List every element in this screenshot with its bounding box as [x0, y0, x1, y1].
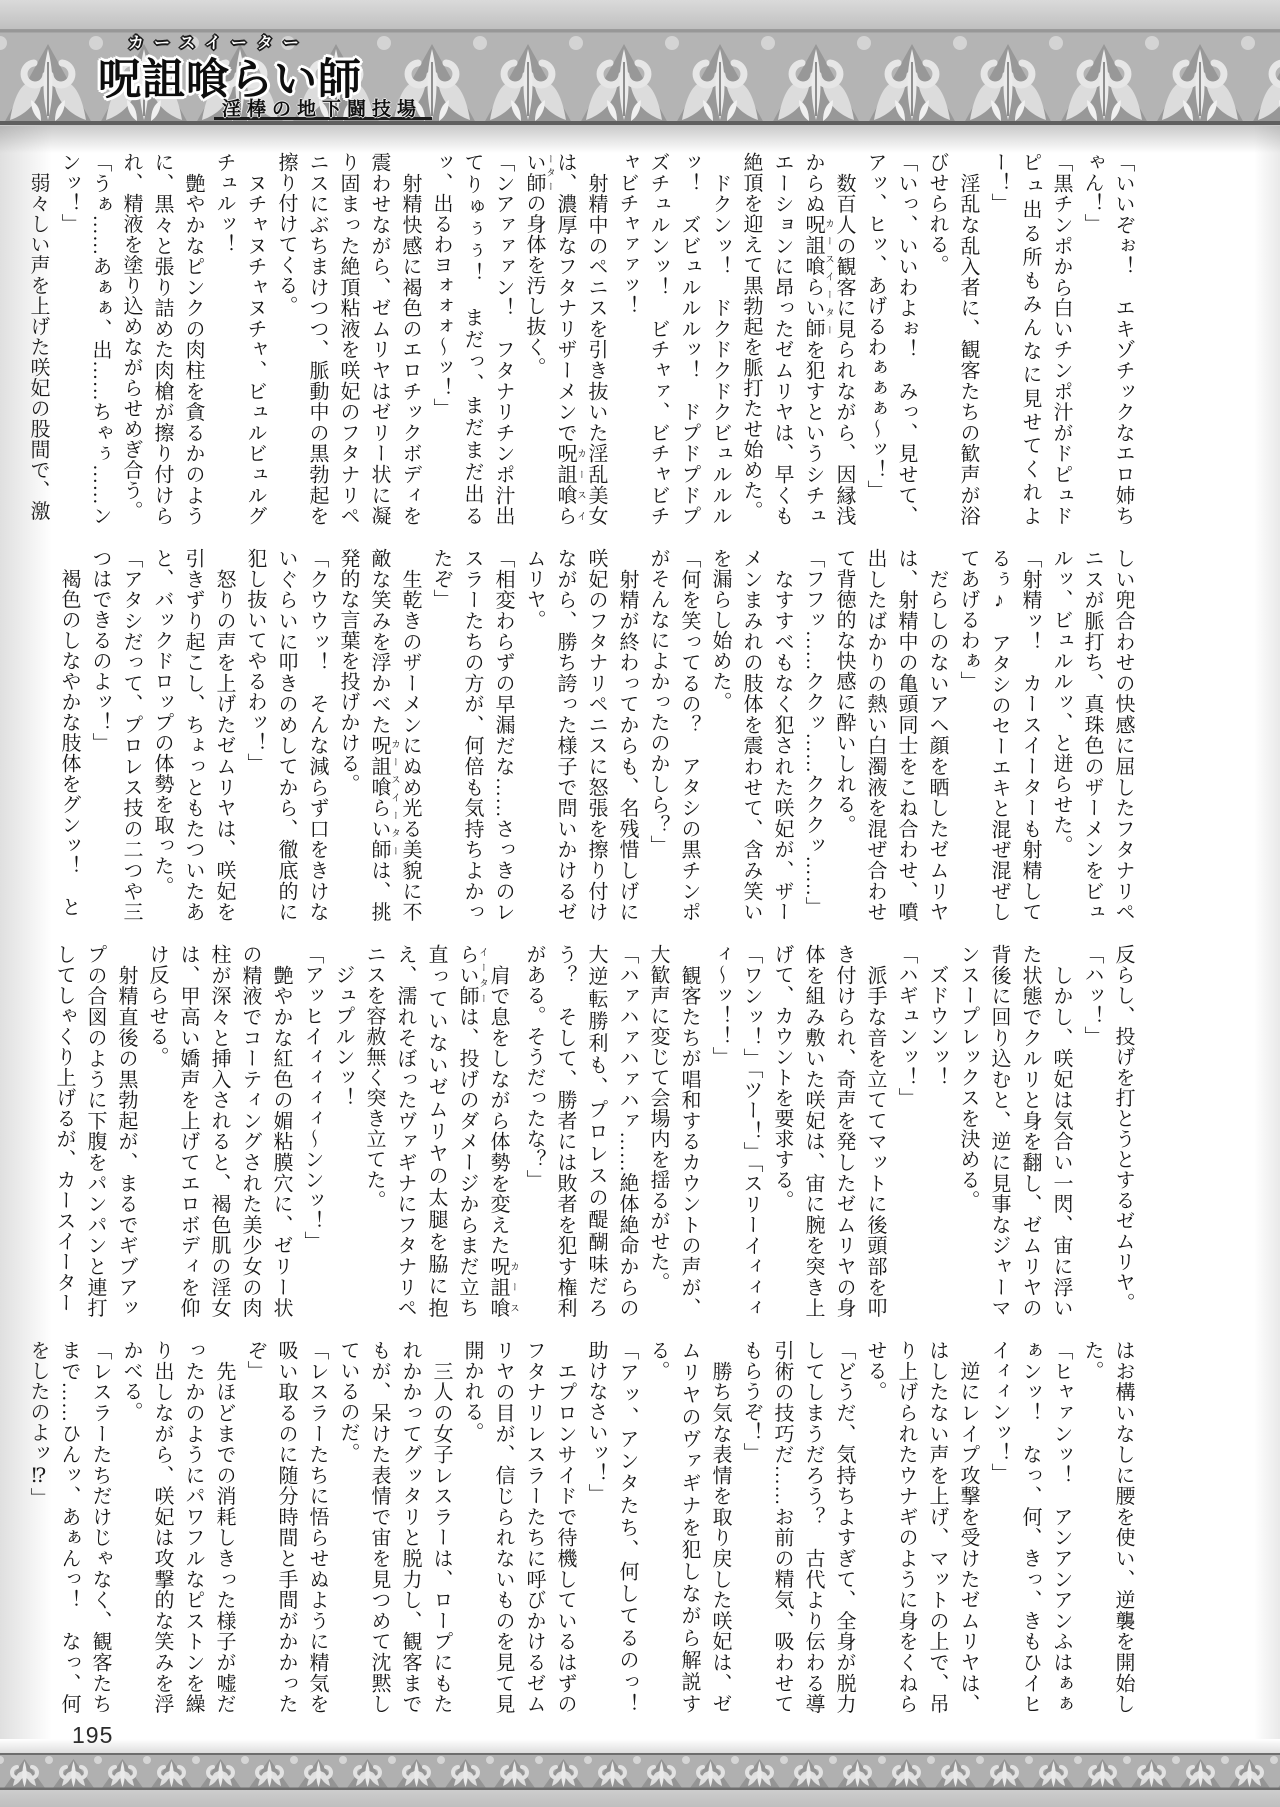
- paragraph: 「クウウッ！ そんな減らず口をきけないぐらいに叩きのめしてから、徹底的に犯し抜い…: [239, 548, 332, 922]
- paragraph: 「黒チンポから白いチンポ汁がドピュドピュ出る所もみんなに見せてくれよー！」: [983, 152, 1076, 526]
- paragraph: はお構いなしに腰を使い、逆襲を開始した。: [1076, 1340, 1138, 1714]
- paragraph: ズドウンッ！: [921, 944, 952, 1318]
- paragraph: ジュプルンッ！: [327, 944, 358, 1318]
- paragraph: 逆にレイプ攻撃を受けたゼムリヤは、はしたない声を上げ、マットの上で、吊り上げられ…: [859, 1340, 983, 1714]
- paragraph: 先ほどまでの消耗しきった様子が嘘だったかのようにパワフルなピストンを繰り出しなが…: [115, 1340, 239, 1714]
- top-border-shadow: [0, 125, 1280, 153]
- paragraph: 「いっ、いいわよぉ！ みっ、見せて、アッ、ヒッ、あげるわぁぁぁ〜ッ！」: [859, 152, 921, 526]
- paragraph: 派手な音を立ててマットに後頭部を叩き付けられ、奇声を発したゼムリヤの身体を組み敷…: [766, 944, 890, 1318]
- paragraph: 「ハッ！」: [1076, 944, 1107, 1318]
- paragraph: 「ヒャァンッ！ アンアンアンふはぁぁぁンッ！ なっ、何、きっ、きもひイヒイィィン…: [983, 1340, 1076, 1714]
- paragraph: 肩で息をしながら体勢を変えた呪詛喰らい師カースイーターは、投げのダメージからまだ…: [358, 944, 518, 1318]
- paragraph: 「ハァハァハァハァ……絶体絶命からの大逆転勝利も、プロレスの醍醐味だろう？ そし…: [518, 944, 642, 1318]
- paragraph: 射精中のペニスを引き抜いた淫乱美女は、濃厚なフタナリザーメンで呪詛喰らい師カース…: [518, 152, 611, 526]
- paragraph: 艶やかなピンクの肉柱を貪るかのように、黒々と張り詰めた肉槍が擦り付けられ、精液を…: [115, 152, 208, 526]
- top-edge-strip: [0, 0, 1280, 30]
- paragraph: ヌチャヌチャヌチャ、ビュルビュルグチュルッ！: [208, 152, 270, 526]
- paragraph: 三人の女子レスラーは、ロープにもたれかかってグッタリと脱力し、観客までもが、呆け…: [332, 1340, 456, 1714]
- paragraph: 「うぁ……あぁぁ、出……ちゃぅ……ンンッ！」: [53, 152, 115, 526]
- paragraph: なすすべもなく犯された咲妃が、ザーメンまみれの肢体を震わせて、含み笑いを漏らし始…: [704, 548, 797, 922]
- text-band-1: 「いいぞぉ！ エキゾチックなエロ姉ちゃん！」「黒チンポから白いチンポ汁がドピュド…: [53, 152, 1138, 526]
- paragraph: 「アッ、アンタたち、何してるのっ！ 助けなさいッ！」: [580, 1340, 642, 1714]
- paragraph: 淫乱な乱入者に、観客たちの歓声が浴びせられる。: [921, 152, 983, 526]
- paragraph: 観客たちが唱和するカウントの声が、大歓声に変じて会場内を揺るがせた。: [642, 944, 704, 1318]
- paragraph: 「アタシだって、プロレス技の二つや三つはできるのよッ！」: [84, 548, 146, 922]
- paragraph: 「ハギュンッ！」: [890, 944, 921, 1318]
- paragraph: 「ワンッ！」「ツー！」「スリーイィィィィ〜ッ！！」: [704, 944, 766, 1318]
- paragraph: 「フフッ……ククッ……クククッ……」: [797, 548, 828, 922]
- paragraph: 「どうだ、気持ちよすぎて、全身が脱力してしまうだろう？ 古代より伝わる導引術の技…: [735, 1340, 859, 1714]
- paragraph: だらしのないアヘ顔を晒したゼムリヤは、射精中の亀頭同士をこね合わせ、噴出したばか…: [828, 548, 952, 922]
- paragraph: 数百人の観客に見られながら、因縁浅からぬ呪詛喰らい師カースイーターを犯すというシ…: [735, 152, 859, 526]
- bottom-edge-strip: [0, 1790, 1280, 1807]
- paragraph: 「いいぞぉ！ エキゾチックなエロ姉ちゃん！」: [1076, 152, 1138, 526]
- text-band-3: 反らし、投げを打とうとするゼムリヤ。「ハッ！」 しかし、咲妃は気合い一閃、宙に浮…: [53, 944, 1138, 1318]
- right-edge-shading: [1254, 126, 1280, 1739]
- paragraph: 「アッヒイィィィィ〜ンンッ！」: [296, 944, 327, 1318]
- paragraph: 「相変わらずの早漏だな……さっきのレスラーたちの方が、何倍も気持ちよかったぞ」: [425, 548, 518, 922]
- paragraph: しかし、咲妃は気合い一閃、宙に浮いた状態でクルリと身を翻し、ゼムリヤの背後に回り…: [952, 944, 1076, 1318]
- left-edge-shading: [0, 126, 52, 1739]
- paragraph: 勝ち気な表情を取り戻した咲妃は、ゼムリヤのヴァギナを犯しながら解説する。: [642, 1340, 735, 1714]
- bottom-border-shadow: [0, 1739, 1280, 1753]
- paragraph: 艶やかな紅色の媚粘膜穴に、ゼリー状の精液でコーティングされた美少女の肉柱が深々と…: [141, 944, 296, 1318]
- paragraph: エプロンサイドで待機しているはずのフタナリレスラーたちに呼びかけるゼムリヤの目が…: [456, 1340, 580, 1714]
- text-band-4: はお構いなしに腰を使い、逆襲を開始した。「ヒャァンッ！ アンアンアンふはぁぁぁン…: [53, 1340, 1138, 1714]
- magazine-page: { "header": { "title_furigana": "カースイーター…: [0, 0, 1280, 1807]
- paragraph: 射精快感に褐色のエロチックボディを震わせながら、ゼムリヤはゼリー状に凝り固まった…: [270, 152, 425, 526]
- paragraph: 射精が終わってからも、名残惜しげに咲妃のフタナリペニスに怒張を擦り付けながら、勝…: [518, 548, 642, 922]
- paragraph: 「何を笑ってるの？ アタシの黒チンポがそんなによかったのかしら？」: [642, 548, 704, 922]
- paragraph: 「射精ッ！ カースイーターも射精してるぅ♪ アタシのセーエキと混ぜ混ぜしてあげる…: [952, 548, 1045, 922]
- title-subtitle: 淫棒の地下闘技場: [222, 94, 422, 121]
- paragraph: 反らし、投げを打とうとするゼムリヤ。: [1107, 944, 1138, 1318]
- paragraph: 怒りの声を上げたゼムリヤは、咲妃を引きずり起こし、ちょっともたついたあと、バック…: [146, 548, 239, 922]
- bottom-ornament-border: [0, 1753, 1280, 1790]
- paragraph: 「レスラーたちに悟らせぬように精気を吸い取るのに随分時間と手間がかかったぞ」: [239, 1340, 332, 1714]
- paragraph: 「ンアァァァン！ フタナリチンポ汁出てりゅぅぅ！ まだっ、まだまだ出るッ、出るわ…: [425, 152, 518, 526]
- paragraph: 射精直後の黒勃起が、まるでギブアップの合図のように下腹をパンパンと連打してしゃく…: [48, 944, 141, 1318]
- paragraph: 生乾きのザーメンにぬめ光る美貌に不敵な笑みを浮かべた呪詛喰らい師カースイーターは…: [332, 548, 425, 922]
- paragraph: 褐色のしなやかな肢体をグンッ！ と: [53, 548, 84, 922]
- paragraph: ドクンッ！ ドクドクドクビュルルルッ！ ズビュルルルッ！ ドプドプドプズチュルン…: [611, 152, 735, 526]
- paragraph: しい兜合わせの快感に屈したフタナリペニスが脈打ち、真珠色のザーメンをビュルッ、ビ…: [1045, 548, 1138, 922]
- text-band-2: しい兜合わせの快感に屈したフタナリペニスが脈打ち、真珠色のザーメンをビュルッ、ビ…: [53, 548, 1138, 922]
